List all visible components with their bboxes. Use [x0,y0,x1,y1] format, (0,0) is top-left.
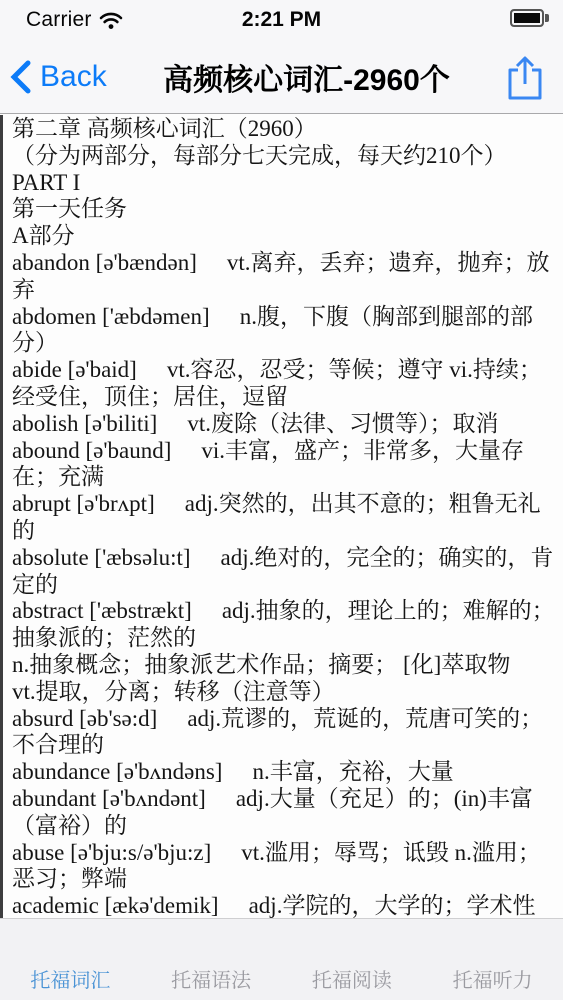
entry-extra-line: n.抽象概念；抽象派艺术作品；摘要； [化]萃取物 [12,652,557,679]
entry-word: abuse [12,840,64,865]
vocab-entry: abstract ['æbstrækt]adj.抽象的，理论上的；难解的；抽象派… [12,598,557,705]
vocab-entry: abdomen ['æbdəmen]n.腹，下腹（胸部到腿部的部分） [12,304,557,358]
tab-item-3[interactable]: 托福阅读 [282,919,423,1000]
tab-label: 托福听力 [453,964,533,993]
tab-label: 托福词汇 [30,964,110,993]
entry-phonetic: ['æbstrækt] [89,598,192,623]
document-text: 第二章 高频核心词汇（2960）（分为两部分，每部分七天完成，每天约210个）P… [12,116,557,918]
vocab-entry: abound [ə'baund]vi.丰富，盛产；非常多，大量存在；充满 [12,438,557,492]
tab-item-2[interactable]: 托福语法 [141,919,282,1000]
vocab-entry: abolish [ə'biliti]vt.废除（法律、习惯等）；取消 [12,411,557,438]
share-button[interactable] [503,54,547,102]
entry-definition: n.丰富，充裕，大量 [252,759,453,784]
document-header-line: 第二章 高频核心词汇（2960） [12,116,557,143]
back-chevron-icon [10,59,32,95]
entry-word: abandon [12,250,90,275]
entry-phonetic: [ækə'demik] [105,893,219,918]
tab-label: 托福阅读 [312,964,392,993]
vocab-entry: abrupt [ə'brʌpt]adj.突然的，出其不意的；粗鲁无礼的 [12,491,557,545]
entry-definition: vt.废除（法律、习惯等）；取消 [187,411,498,436]
entry-word: abundant [12,786,96,811]
navigation-bar: Back 高频核心词汇-2960个 [0,40,563,114]
document-header-line: 第一天任务 [12,196,557,223]
document-header-line: （分为两部分，每部分七天完成，每天约210个） [12,143,557,170]
vocab-entry: abundance [ə'bʌndəns]n.丰富，充裕，大量 [12,759,557,786]
vocab-entry: academic [ækə'demik]adj.学院的，大学的；学术性的，理论的 [12,893,557,918]
back-button-label: Back [40,60,107,94]
vocab-entry: absurd [əb'sə:d]adj.荒谬的，荒诞的，荒唐可笑的；不合理的 [12,706,557,760]
vocab-entry: abide [ə'baid]vt.容忍，忍受；等候；遵守 vi.持续；经受住，顶… [12,357,557,411]
entry-word: abundance [12,759,110,784]
document-header-line: PART I [12,170,557,197]
entry-phonetic: ['æbsəlu:t] [94,545,190,570]
entry-phonetic: [ə'baund] [85,438,171,463]
tab-bar: 托福词汇托福语法托福阅读托福听力 [0,918,563,1000]
entry-phonetic: [ə'biliti] [84,411,157,436]
entry-extra-line: vt.提取，分离；转移（注意等） [12,679,557,706]
tab-label: 托福语法 [171,964,251,993]
battery-body [510,9,544,27]
page-title: 高频核心词汇-2960个 [120,40,493,113]
share-icon [503,54,547,102]
entry-word: abound [12,438,80,463]
entry-word: absolute [12,545,89,570]
vocab-entry: abandon [ə'bændən]vt.离弃，丢弃；遗弃，抛弃；放弃 [12,250,557,304]
entry-phonetic: [ə'bʌndəns] [116,759,222,784]
entry-word: abdomen [12,304,96,329]
entry-word: academic [12,893,99,918]
app-screen: Carrier 2:21 PM Back 高频核心词汇-2960个 [0,0,563,1000]
entry-phonetic: [əb'sə:d] [79,706,157,731]
status-bar: Carrier 2:21 PM [0,0,563,40]
entry-phonetic: [ə'bændən] [96,250,197,275]
entry-word: abrupt [12,491,71,516]
document-view[interactable]: 第二章 高频核心词汇（2960）（分为两部分，每部分七天完成，每天约210个）P… [0,115,563,918]
vocab-entry: abuse [ə'bju:s/ə'bju:z]vt.滥用；辱骂；诋毁 n.滥用；… [12,840,557,894]
entry-phonetic: [ə'baid] [68,357,137,382]
entry-phonetic: [ə'bju:s/ə'bju:z] [70,840,211,865]
battery-icon [510,9,549,27]
entry-phonetic: [ə'bʌndənt] [102,786,206,811]
vocab-entry: abundant [ə'bʌndənt]adj.大量（充足）的；(in)丰富（富… [12,786,557,840]
battery-cap [545,14,549,22]
document-header-line: A部分 [12,223,557,250]
tab-item-4[interactable]: 托福听力 [422,919,563,1000]
tab-item-1[interactable]: 托福词汇 [0,919,141,1000]
entry-word: abide [12,357,62,382]
back-button[interactable]: Back [10,40,107,113]
entry-phonetic: [ə'brʌpt] [77,491,155,516]
entry-word: abstract [12,598,84,623]
status-time: 2:21 PM [0,0,563,40]
entry-phonetic: ['æbdəmen] [102,304,210,329]
entry-definition: vt.离弃，丢弃；遗弃，抛弃；放弃 [12,250,550,302]
vocab-entry: absolute ['æbsəlu:t]adj.绝对的，完全的；确实的，肯定的 [12,545,557,599]
entry-word: absurd [12,706,73,731]
entry-word: abolish [12,411,78,436]
